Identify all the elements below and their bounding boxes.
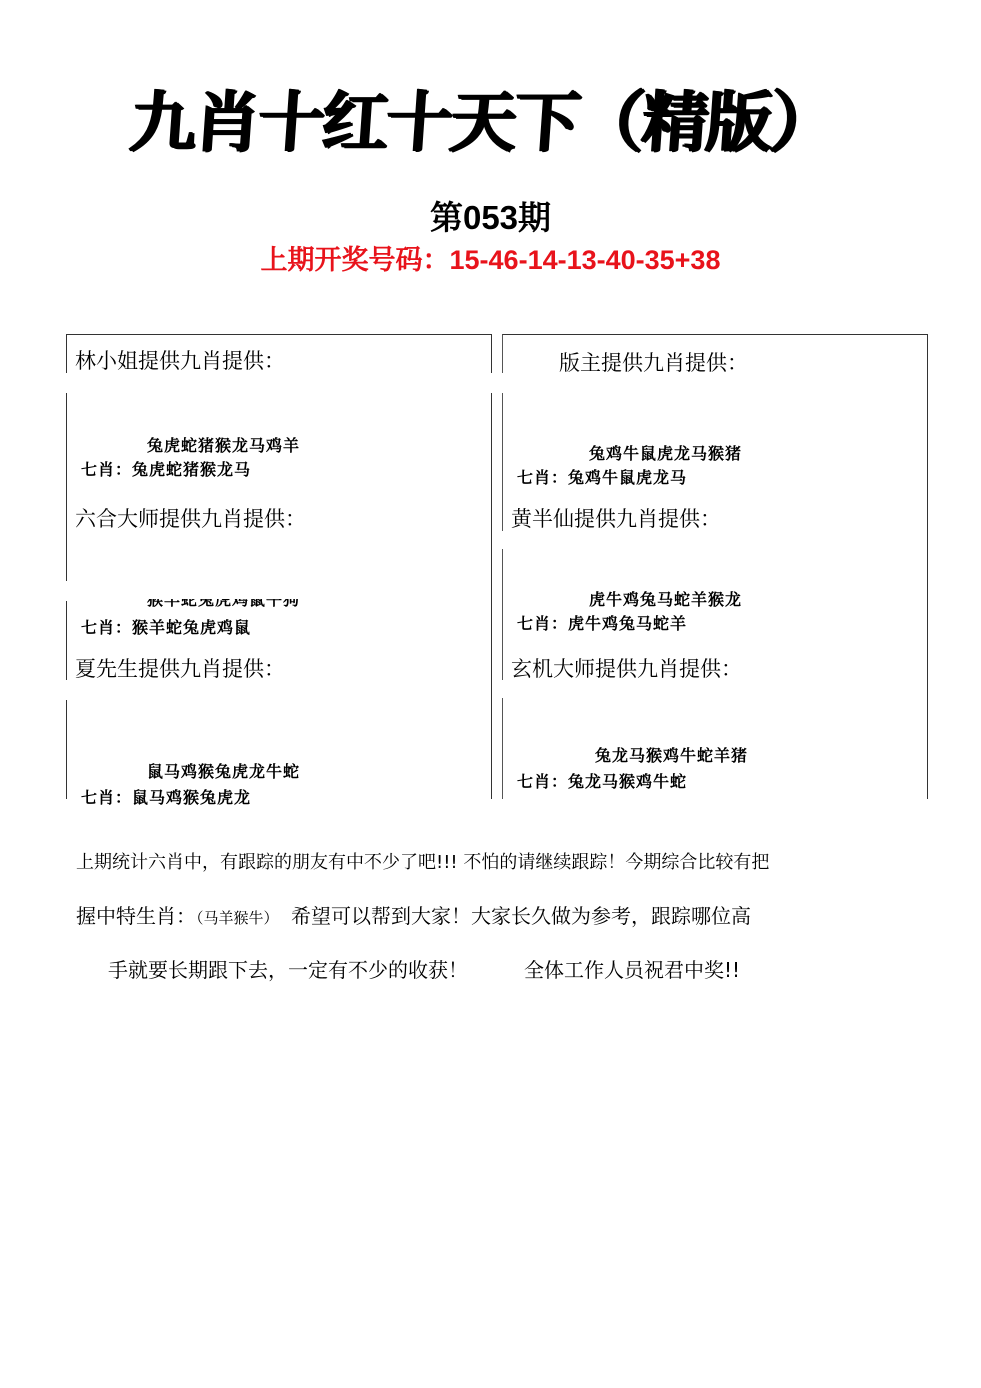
seven-zodiac: 七肖：兔龙马猴鸡牛蛇 <box>517 771 687 793</box>
note-text: 希望可以帮到大家！大家长久做为参考，跟踪哪位高 <box>271 904 751 928</box>
provider-heading: 夏先生提供九肖提供： <box>75 655 285 683</box>
highlight-zodiacs: （马羊猴牛） <box>196 909 271 927</box>
seven-label: 七肖： <box>81 788 132 807</box>
note-line-1: 上期统计六肖中，有跟踪的朋友有中不少了吧!!! 不怕的请继续跟踪！今期综合比较有… <box>76 848 769 878</box>
provider-heading: 版主提供九肖提供： <box>559 349 748 377</box>
seven-zodiac-list: 兔龙马猴鸡牛蛇 <box>568 772 687 791</box>
seven-zodiac-list: 虎牛鸡兔马蛇羊 <box>568 614 687 633</box>
divider-gap <box>500 373 506 393</box>
seven-label: 七肖： <box>517 614 568 633</box>
note-text: 握中特生肖： <box>76 904 196 928</box>
seven-label: 七肖： <box>81 618 132 637</box>
seven-zodiac: 七肖：虎牛鸡兔马蛇羊 <box>517 613 687 635</box>
nine-zodiac-list: 鼠马鸡猴兔虎龙牛蛇 <box>147 761 300 783</box>
issue-number: 第053期 <box>0 198 981 238</box>
divider-gap <box>64 373 494 393</box>
seven-label: 七肖： <box>81 460 132 479</box>
nine-zodiac-list: 兔龙马猴鸡牛蛇羊猪 <box>595 745 748 767</box>
seven-zodiac-list: 兔鸡牛鼠虎龙马 <box>568 468 687 487</box>
nine-zodiac-list: 猴羊蛇兔虎鸡鼠牛狗 <box>147 599 300 610</box>
seven-label: 七肖： <box>517 772 568 791</box>
provider-heading: 林小姐提供九肖提供： <box>75 347 285 375</box>
last-draw-label: 上期开奖号码： <box>261 245 450 275</box>
seven-zodiac-list: 猴羊蛇兔虎鸡鼠 <box>132 618 251 637</box>
note-line-2: 握中特生肖：（马羊猴牛） 希望可以帮到大家！大家长久做为参考，跟踪哪位高 <box>76 900 751 934</box>
seven-zodiac-list: 鼠马鸡猴兔虎龙 <box>132 788 251 807</box>
divider-gap <box>64 581 70 601</box>
provider-heading: 六合大师提供九肖提供： <box>75 505 306 533</box>
nine-zodiac-list: 兔鸡牛鼠虎龙马猴猪 <box>589 443 742 465</box>
last-draw-result: 上期开奖号码：15-46-14-13-40-35+38 <box>0 242 981 278</box>
seven-zodiac-list: 兔虎蛇猪猴龙马 <box>132 460 251 479</box>
note-text: 手就要长期跟下去，一定有不少的收获！ <box>108 958 468 982</box>
last-draw-numbers: 15-46-14-13-40-35+38 <box>450 245 721 275</box>
closing-wish: 全体工作人员祝君中奖!! <box>524 958 740 982</box>
nine-zodiac-list: 虎牛鸡兔马蛇羊猴龙 <box>589 589 742 611</box>
divider-gap <box>64 680 70 700</box>
note-line-3: 手就要长期跟下去，一定有不少的收获！全体工作人员祝君中奖!! <box>108 954 740 986</box>
seven-zodiac: 七肖：兔鸡牛鼠虎龙马 <box>517 467 687 489</box>
divider-gap <box>500 531 506 549</box>
page-title: 九肖十红十天下（精版） <box>127 78 813 168</box>
predictions-panel-left: 林小姐提供九肖提供： 兔虎蛇猪猴龙马鸡羊 七肖：兔虎蛇猪猴龙马 六合大师提供九肖… <box>66 334 492 799</box>
predictions-panel-right: 版主提供九肖提供： 兔鸡牛鼠虎龙马猴猪 七肖：兔鸡牛鼠虎龙马 黄半仙提供九肖提供… <box>502 334 928 799</box>
provider-heading: 黄半仙提供九肖提供： <box>511 505 721 533</box>
seven-label: 七肖： <box>517 468 568 487</box>
seven-zodiac: 七肖：兔虎蛇猪猴龙马 <box>81 459 251 481</box>
seven-zodiac: 七肖：猴羊蛇兔虎鸡鼠 <box>81 617 251 639</box>
nine-zodiac-list: 兔虎蛇猪猴龙马鸡羊 <box>147 435 300 457</box>
seven-zodiac: 七肖：鼠马鸡猴兔虎龙 <box>81 787 251 809</box>
provider-heading: 玄机大师提供九肖提供： <box>511 655 742 683</box>
divider-gap <box>500 680 506 698</box>
